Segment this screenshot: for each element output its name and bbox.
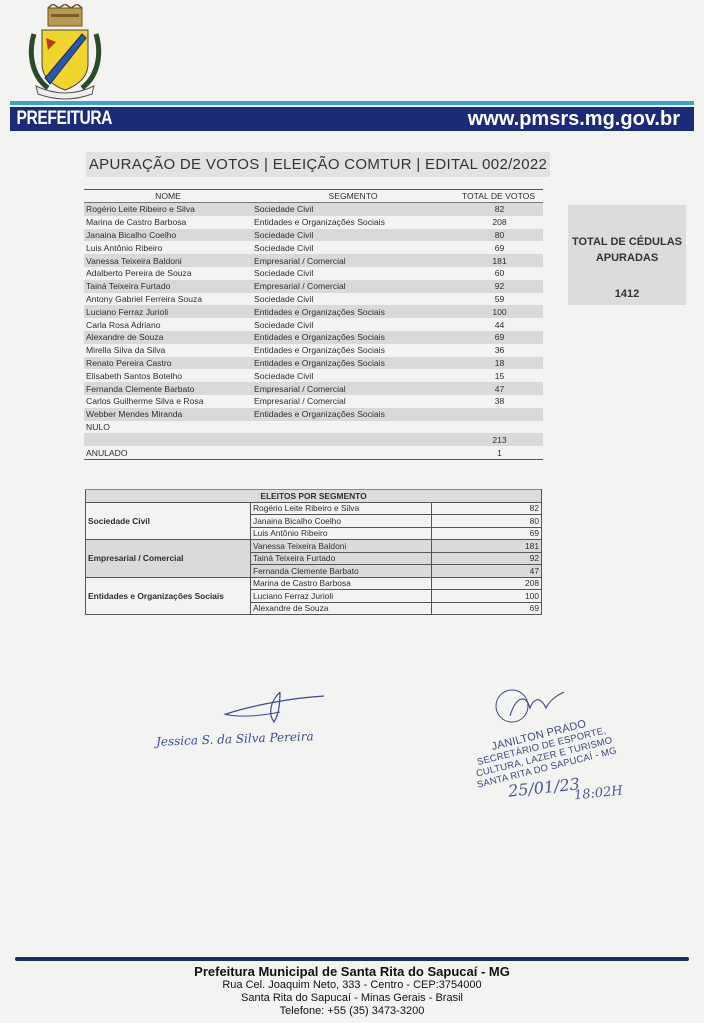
table-row: Rogério Leite Ribeiro e SilvaSociedade C… — [84, 203, 543, 216]
footer: Prefeitura Municipal de Santa Rita do Sa… — [0, 962, 704, 1018]
table-row: Luis Antônio RibeiroSociedade Civil69 — [84, 241, 543, 254]
candidate-name: Rogério Leite Ribeiro e Silva — [84, 203, 252, 216]
brand-label: PREFEITURA — [10, 108, 112, 130]
candidate-votes: 82 — [454, 203, 543, 216]
candidate-segment: Empresarial / Comercial — [252, 280, 454, 293]
coat-of-arms-icon — [26, 4, 104, 100]
votes-table-header: NOME SEGMENTO TOTAL DE VOTOS — [84, 190, 543, 203]
candidate-votes: 208 — [454, 216, 543, 229]
elected-votes: 69 — [432, 602, 542, 615]
candidate-segment: Entidades e Organizações Sociais — [252, 305, 454, 318]
table-row: Tainá Teixeira FurtadoEmpresarial / Come… — [84, 280, 543, 293]
candidate-segment: Empresarial / Comercial — [252, 254, 454, 267]
handwritten-time: 18:02H — [573, 783, 623, 803]
candidate-segment — [252, 446, 454, 459]
candidate-segment — [252, 433, 454, 446]
signature-right-scribble-icon — [490, 686, 580, 726]
table-row: Vanessa Teixeira BaldoniEmpresarial / Co… — [84, 254, 543, 267]
candidate-votes: 38 — [454, 395, 543, 408]
candidate-segment: Empresarial / Comercial — [252, 382, 454, 395]
candidate-name: Adalberto Pereira de Souza — [84, 267, 252, 280]
candidate-name: Fernanda Clemente Barbato — [84, 382, 252, 395]
segment-label: Sociedade Civil — [86, 502, 251, 540]
candidate-segment: Entidades e Organizações Sociais — [252, 331, 454, 344]
candidate-segment: Sociedade Civil — [252, 229, 454, 242]
candidate-segment: Sociedade Civil — [252, 267, 454, 280]
header-banner: PREFEITURA www.pmsrs.mg.gov.br — [10, 107, 694, 131]
candidate-name: Mirella Silva da Silva — [84, 344, 252, 357]
table-row: Marina de Castro BarbosaEntidades e Orga… — [84, 216, 543, 229]
candidate-segment: Sociedade Civil — [252, 241, 454, 254]
footer-phone: Telefone: +55 (35) 3473-3200 — [0, 1005, 704, 1018]
footer-divider — [15, 957, 689, 961]
candidate-segment: Sociedade Civil — [252, 293, 454, 306]
elected-votes: 208 — [432, 577, 542, 590]
elected-name: Vanessa Teixeira Baldoni — [251, 540, 432, 553]
elected-votes: 92 — [432, 552, 542, 565]
elected-row: Entidades e Organizações SociaisMarina d… — [86, 577, 542, 590]
candidate-name: Luis Antônio Ribeiro — [84, 241, 252, 254]
signature-scribble-icon — [220, 688, 330, 728]
elected-votes: 82 — [432, 502, 542, 515]
candidate-name: Alexandre de Souza — [84, 331, 252, 344]
candidate-name: Elisabeth Santos Botelho — [84, 369, 252, 382]
table-row: Alexandre de SouzaEntidades e Organizaçõ… — [84, 331, 543, 344]
candidate-votes: 18 — [454, 357, 543, 370]
document-title: APURAÇÃO DE VOTOS | ELEIÇÃO COMTUR | EDI… — [86, 152, 550, 177]
column-header-votes: TOTAL DE VOTOS — [454, 190, 543, 203]
total-ballots-label-1: TOTAL DE CÉDULAS — [568, 234, 686, 250]
candidate-votes: 44 — [454, 318, 543, 331]
candidate-votes: 213 — [454, 433, 543, 446]
segment-label: Empresarial / Comercial — [86, 540, 251, 578]
elected-name: Marina de Castro Barbosa — [251, 577, 432, 590]
candidate-votes: 69 — [454, 331, 543, 344]
candidate-votes: 1 — [454, 446, 543, 459]
elected-name: Fernanda Clemente Barbato — [251, 565, 432, 578]
table-row: Webber Mendes MirandaEntidades e Organiz… — [84, 408, 543, 421]
candidate-votes: 15 — [454, 369, 543, 382]
candidate-name: Marina de Castro Barbosa — [84, 216, 252, 229]
table-row: 213 — [84, 433, 543, 446]
candidate-name: Webber Mendes Miranda — [84, 408, 252, 421]
total-ballots-box: TOTAL DE CÉDULAS APURADAS 1412 — [568, 205, 686, 305]
candidate-segment: Sociedade Civil — [252, 318, 454, 331]
elected-name: Luis Antônio Ribeiro — [251, 527, 432, 540]
candidate-name: Antony Gabriel Ferreira Souza — [84, 293, 252, 306]
candidate-segment: Sociedade Civil — [252, 203, 454, 216]
elected-name: Luciano Ferraz Jurioli — [251, 590, 432, 603]
candidate-name: ANULADO — [84, 446, 252, 459]
footer-org-name: Prefeitura Municipal de Santa Rita do Sa… — [0, 964, 704, 979]
candidate-votes: 47 — [454, 382, 543, 395]
table-row: Carlos Guilherme Silva e RosaEmpresarial… — [84, 395, 543, 408]
candidate-votes: 59 — [454, 293, 543, 306]
signature-left-name: Jessica S. da Silva Pereira — [156, 729, 314, 748]
elected-row: Empresarial / ComercialVanessa Teixeira … — [86, 540, 542, 553]
table-row: Antony Gabriel Ferreira SouzaSociedade C… — [84, 293, 543, 306]
elected-by-segment-table: ELEITOS POR SEGMENTO Sociedade CivilRogé… — [85, 489, 542, 615]
elected-table-title: ELEITOS POR SEGMENTO — [86, 490, 542, 503]
candidate-segment: Entidades e Organizações Sociais — [252, 357, 454, 370]
elected-votes: 100 — [432, 590, 542, 603]
candidate-name: Renato Pereira Castro — [84, 357, 252, 370]
total-ballots-label-2: APURADAS — [568, 250, 686, 266]
candidate-votes: 100 — [454, 305, 543, 318]
segment-label: Entidades e Organizações Sociais — [86, 577, 251, 615]
table-row: Carla Rosa AdrianoSociedade Civil44 — [84, 318, 543, 331]
candidate-name: Carlos Guilherme Silva e Rosa — [84, 395, 252, 408]
table-row: Janaina Bicalho CoelhoSociedade Civil80 — [84, 229, 543, 242]
table-row: ANULADO1 — [84, 446, 543, 459]
footer-address: Rua Cel. Joaquim Neto, 333 - Centro - CE… — [0, 979, 704, 992]
candidate-segment — [252, 421, 454, 434]
candidate-name: NULO — [84, 421, 252, 434]
candidate-name: Carla Rosa Adriano — [84, 318, 252, 331]
candidate-votes: 92 — [454, 280, 543, 293]
header-accent-line — [10, 101, 694, 105]
elected-votes: 47 — [432, 565, 542, 578]
table-row: Elisabeth Santos BotelhoSociedade Civil1… — [84, 369, 543, 382]
column-header-name: NOME — [84, 190, 252, 203]
candidate-votes: 60 — [454, 267, 543, 280]
website-url: www.pmsrs.mg.gov.br — [468, 108, 694, 131]
candidate-name: Tainá Teixeira Furtado — [84, 280, 252, 293]
candidate-name: Vanessa Teixeira Baldoni — [84, 254, 252, 267]
table-row: Adalberto Pereira de SouzaSociedade Civi… — [84, 267, 543, 280]
elected-row: Sociedade CivilRogério Leite Ribeiro e S… — [86, 502, 542, 515]
candidate-segment: Entidades e Organizações Sociais — [252, 216, 454, 229]
candidate-votes: 80 — [454, 229, 543, 242]
table-row: Renato Pereira CastroEntidades e Organiz… — [84, 357, 543, 370]
column-header-segment: SEGMENTO — [252, 190, 454, 203]
elected-votes: 181 — [432, 540, 542, 553]
table-row: Fernanda Clemente BarbatoEmpresarial / C… — [84, 382, 543, 395]
votes-table: NOME SEGMENTO TOTAL DE VOTOS Rogério Lei… — [84, 189, 543, 460]
signature-left: Jessica S. da Silva Pereira — [150, 688, 380, 768]
elected-name: Rogério Leite Ribeiro e Silva — [251, 502, 432, 515]
table-row: Mirella Silva da SilvaEntidades e Organi… — [84, 344, 543, 357]
table-row: Luciano Ferraz JurioliEntidades e Organi… — [84, 305, 543, 318]
candidate-segment: Sociedade Civil — [252, 369, 454, 382]
candidate-segment: Empresarial / Comercial — [252, 395, 454, 408]
candidate-name — [84, 433, 252, 446]
candidate-segment: Entidades e Organizações Sociais — [252, 344, 454, 357]
elected-table-title-row: ELEITOS POR SEGMENTO — [86, 490, 542, 503]
candidate-votes — [454, 421, 543, 434]
elected-votes: 69 — [432, 527, 542, 540]
candidate-name: Janaina Bicalho Coelho — [84, 229, 252, 242]
candidate-votes — [454, 408, 543, 421]
elected-name: Tainá Teixeira Furtado — [251, 552, 432, 565]
elected-votes: 80 — [432, 515, 542, 528]
candidate-votes: 36 — [454, 344, 543, 357]
total-ballots-value: 1412 — [568, 288, 686, 300]
candidate-votes: 181 — [454, 254, 543, 267]
elected-name: Janaina Bicalho Coelho — [251, 515, 432, 528]
candidate-votes: 69 — [454, 241, 543, 254]
elected-name: Alexandre de Souza — [251, 602, 432, 615]
candidate-name: Luciano Ferraz Jurioli — [84, 305, 252, 318]
candidate-segment: Entidades e Organizações Sociais — [252, 408, 454, 421]
footer-city: Santa Rita do Sapucaí - Minas Gerais - B… — [0, 992, 704, 1005]
table-row: NULO — [84, 421, 543, 434]
